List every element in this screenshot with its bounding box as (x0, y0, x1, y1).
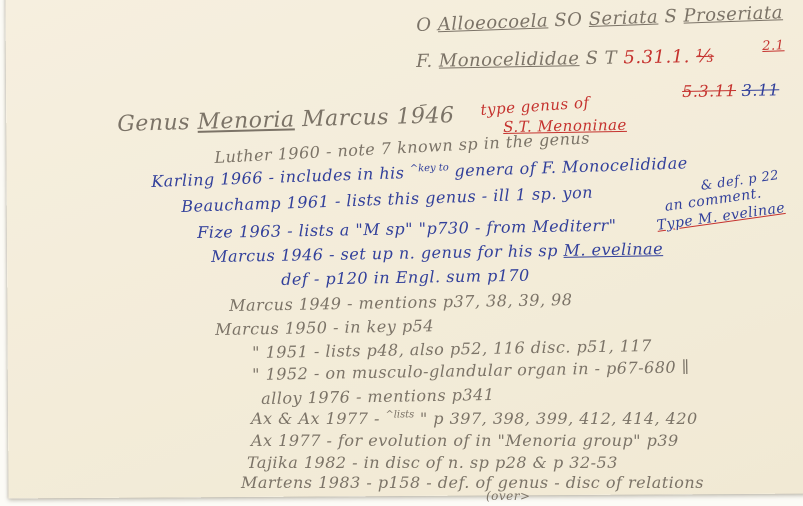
entry-tajika-1982: Tajika 1982 - in disc of n. sp p28 & p 3… (247, 454, 618, 472)
entry-marcus-1950: Marcus 1950 - in key p54 (215, 317, 434, 338)
header-family: F. Monocelididae S T 5.31.1. ⅓ (416, 47, 714, 72)
header-taxa: O Alloeocoela SO Seriata S Proseriata (416, 3, 783, 36)
genus-title: Genus Menoria Marcus 1946 (117, 104, 455, 137)
over-note: (over> (486, 490, 531, 503)
entry-ax-1977: Ax 1977 - for evolution of in "Menoria g… (251, 432, 679, 450)
entry-marcus-1946: Marcus 1946 - set up n. genus for his sp… (211, 240, 663, 265)
entry-marcus-1951: " 1951 - lists p48, also p52, 116 disc. … (252, 337, 652, 362)
annotation-type-genus-1: type genus of (480, 94, 590, 118)
entry-marcus-1949: Marcus 1949 - mentions p37, 38, 39, 98 (229, 291, 573, 315)
entry-marcus-1946-def: def - p120 in Engl. sum p170 (281, 267, 530, 289)
entry-alloy-1976: alloy 1976 - mentions p341 (261, 386, 495, 408)
entry-martens-1983: Martens 1983 - p158 - def. of genus - di… (241, 474, 704, 492)
code-superscript: 2.1 (762, 39, 785, 54)
entry-beauchamp-1961: Beauchamp 1961 - lists this genus - ill … (181, 184, 593, 216)
entry-fize-1963: Fize 1963 - lists a "M sp" "p730 - from … (197, 217, 617, 242)
stray-pencil-mark: – (418, 95, 429, 114)
handwriting-layer: O Alloeocoela SO Seriata S ProseriataF. … (0, 0, 803, 506)
entry-ax-ax-1977: Ax & Ax 1977 - ^lists " p 397, 398, 399,… (251, 410, 698, 428)
entry-marcus-1952: " 1952 - on musculo-glandular organ in -… (252, 358, 690, 383)
old-code-crossed: 5.3.11 3.11 (682, 81, 779, 100)
